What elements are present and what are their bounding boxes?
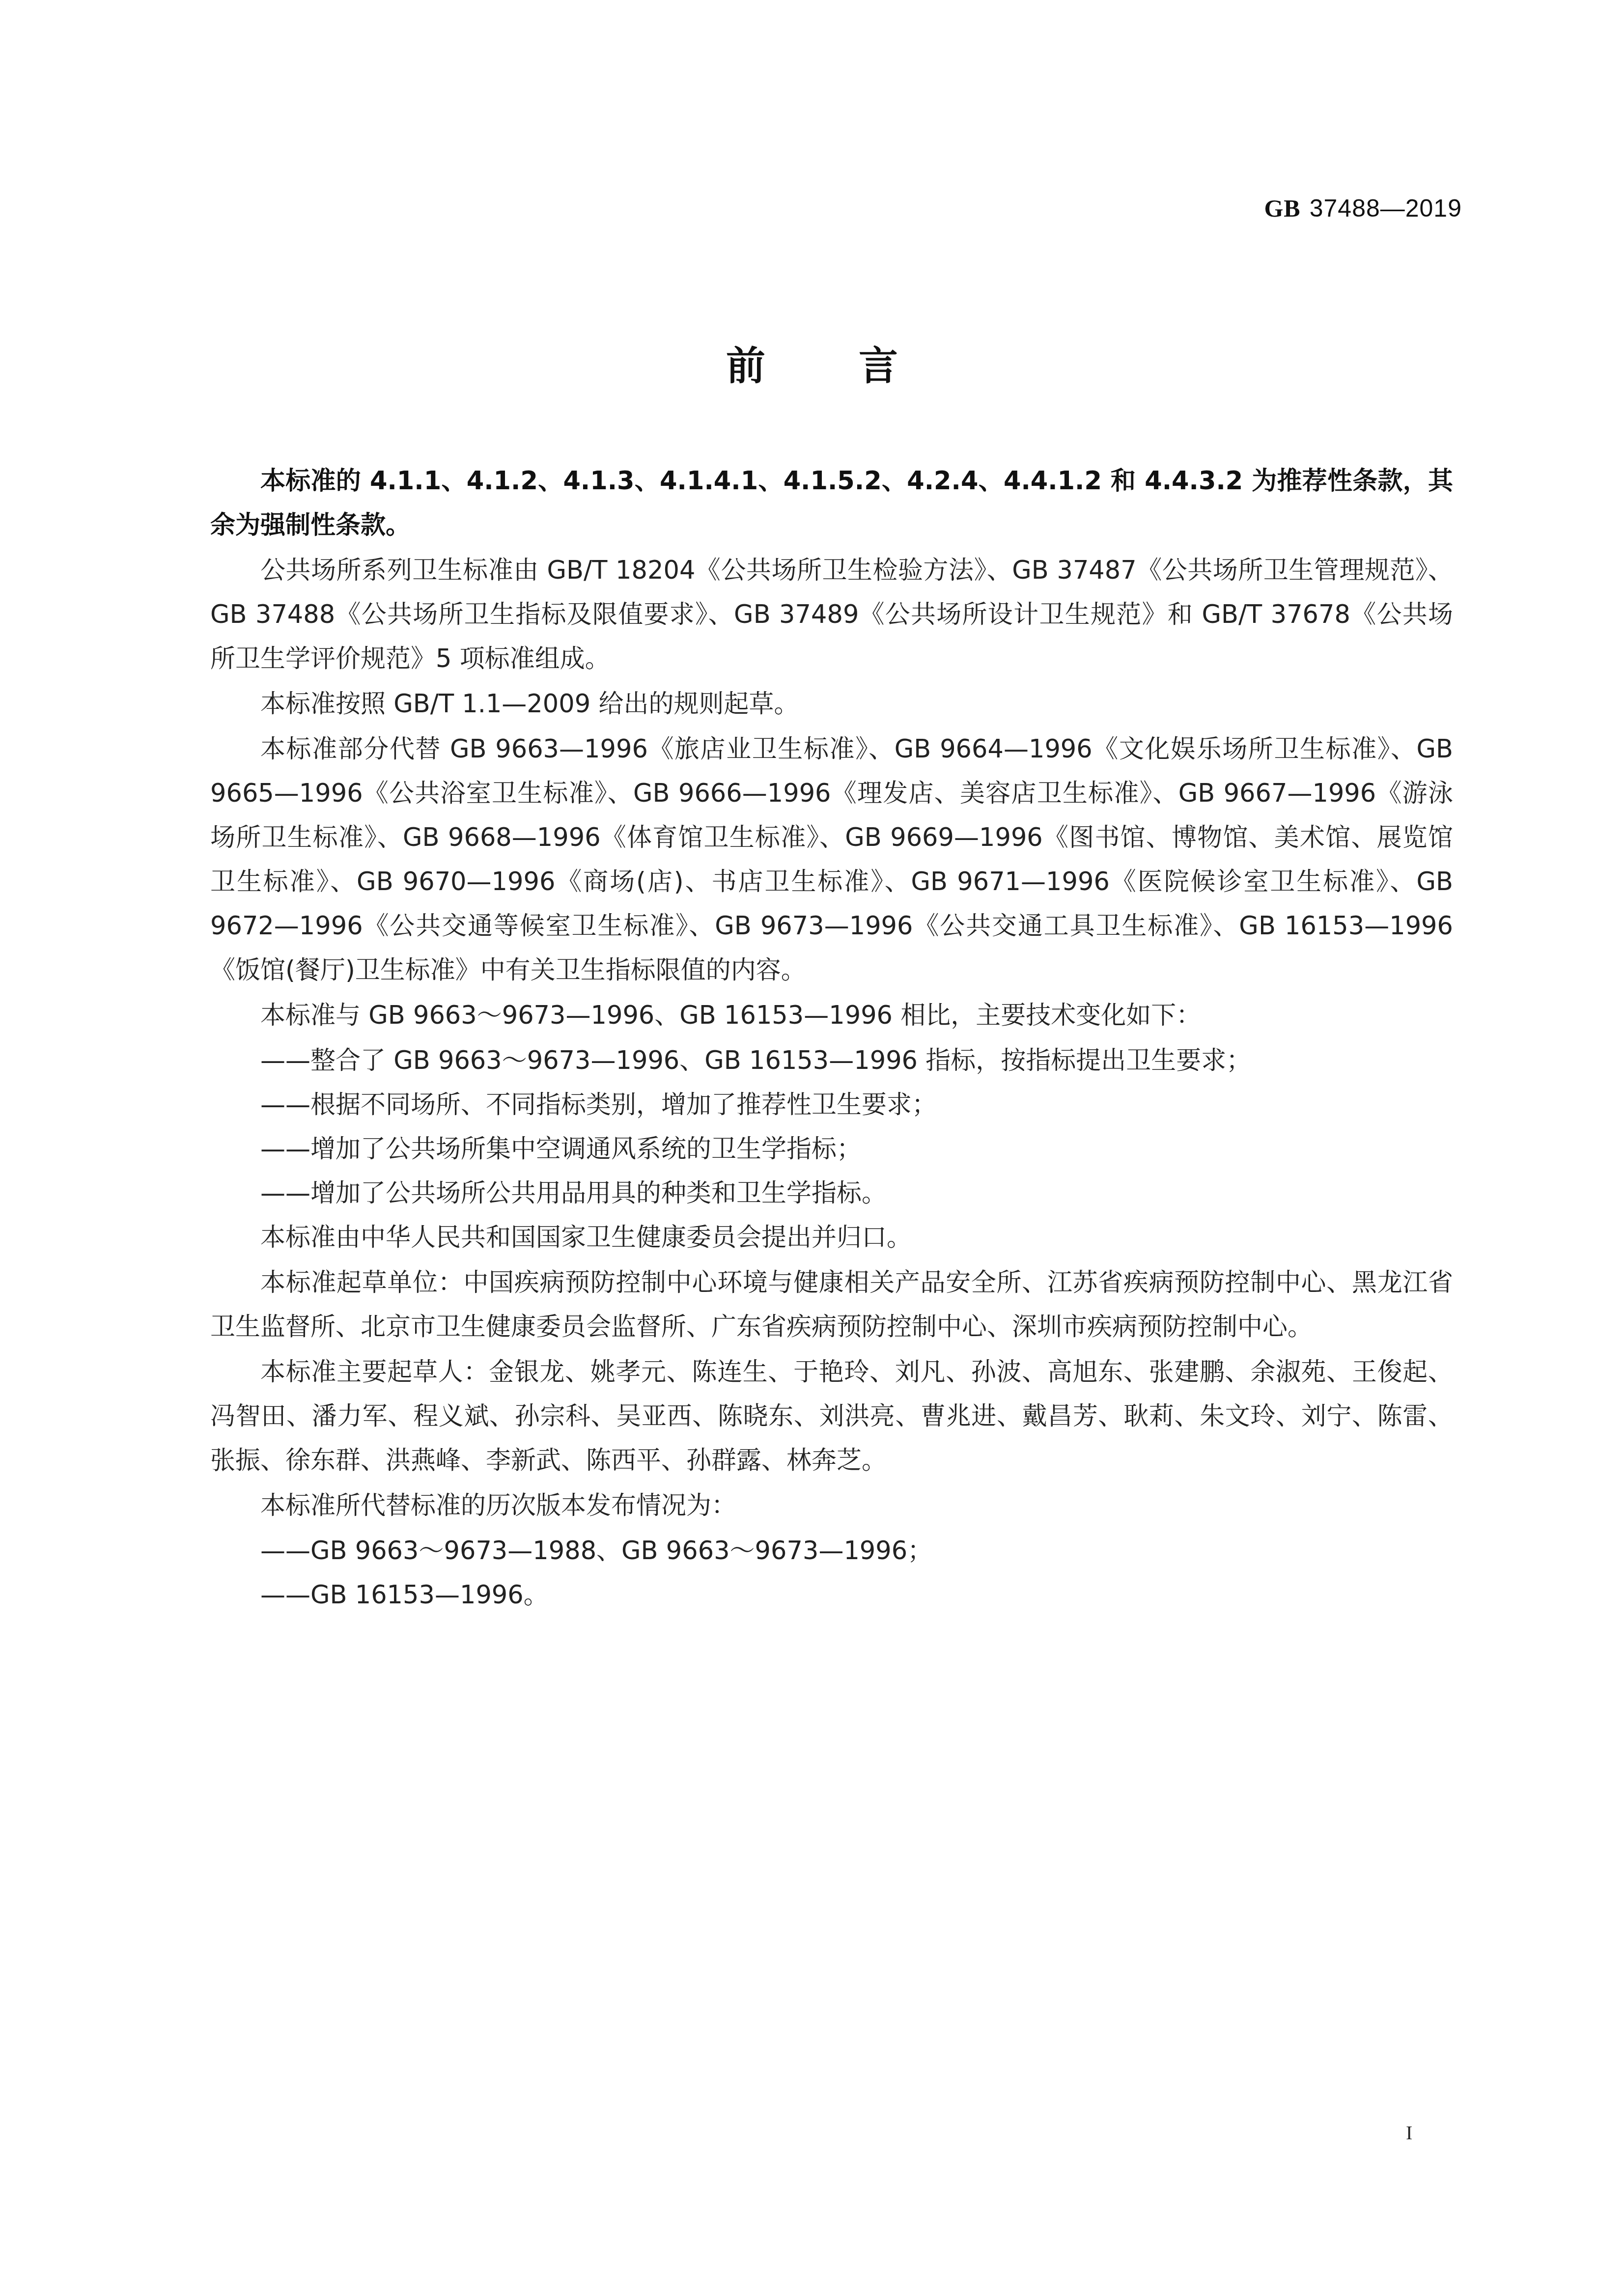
paragraph-history-intro: 本标准所代替标准的历次版本发布情况为： [210, 1484, 1453, 1528]
paragraph-technical-changes: 本标准与 GB 9663～9673—1996、GB 16153—1996 相比，… [210, 994, 1453, 1038]
change-item: ——增加了公共场所集中空调通风系统的卫生学指标； [210, 1127, 1453, 1172]
change-item: ——根据不同场所、不同指标类别，增加了推荐性卫生要求； [210, 1083, 1453, 1127]
series-text-part-2: 《公共场所卫生指标及限值要求》、GB 37489《公共场所设计卫生规范》和 GB… [210, 600, 1453, 673]
history-item: ——GB 9663～9673—1988、GB 9663～9673—1996； [210, 1529, 1453, 1573]
page-number: I [1406, 2121, 1412, 2144]
standard-code: GB37488—2019 [1264, 194, 1462, 223]
history-item: ——GB 16153—1996。 [210, 1573, 1453, 1618]
paragraph-recommended-clauses: 本标准的 4.1.1、4.1.2、4.1.3、4.1.4.1、4.1.5.2、4… [210, 459, 1453, 548]
paragraph-drafters: 本标准主要起草人：金银龙、姚孝元、陈连生、于艳玲、刘凡、孙波、高旭东、张建鹏、余… [210, 1350, 1453, 1483]
title-char-1: 前 [726, 334, 765, 391]
paragraph-proposed-by: 本标准由中华人民共和国国家卫生健康委员会提出并归口。 [210, 1216, 1453, 1260]
paragraph-drafting-rules: 本标准按照 GB/T 1.1—2009 给出的规则起草。 [210, 682, 1453, 727]
page-title: 前言 [0, 334, 1624, 391]
paragraph-replaces: 本标准部分代替 GB 9663—1996《旅店业卫生标准》、GB 9664—19… [210, 728, 1453, 993]
paragraph-drafting-units: 本标准起草单位：中国疾病预防控制中心环境与健康相关产品安全所、江苏省疾病预防控制… [210, 1261, 1453, 1349]
change-item: ——整合了 GB 9663～9673—1996、GB 16153—1996 指标… [210, 1039, 1453, 1083]
standard-prefix: GB [1264, 195, 1300, 222]
change-item: ——增加了公共场所公共用品用具的种类和卫生学指标。 [210, 1172, 1453, 1216]
standard-number: 37488—2019 [1310, 195, 1462, 222]
document-page: GB37488—2019 前言 本标准的 4.1.1、4.1.2、4.1.3、4… [0, 0, 1624, 2295]
title-char-2: 言 [859, 334, 898, 391]
preface-body: 本标准的 4.1.1、4.1.2、4.1.3、4.1.4.1、4.1.5.2、4… [210, 459, 1453, 1618]
paragraph-series-standards: 公共场所系列卫生标准由 GB/T 18204《公共场所卫生检验方法》、GB 37… [210, 549, 1453, 681]
